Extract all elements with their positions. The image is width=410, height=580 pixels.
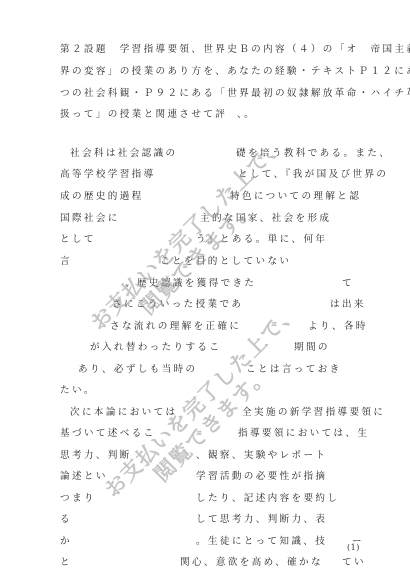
- text-line: あり、必ずしも当時のことは言っておき: [0, 363, 410, 377]
- text-segment: 全実施の新学習指導要領に: [242, 406, 385, 420]
- text-line: 扱って」の授業と関連させて評、。: [0, 108, 410, 122]
- text-line: 第２設題 学習指導要領、世界史Ｂの内容（４）の「オ 帝国主義の世: [0, 43, 410, 57]
- text-line: 、歴史認識を獲得できたて: [0, 277, 410, 291]
- text-segment: る: [60, 513, 72, 527]
- text-segment: 界の変容」の授業のあり方を、あなたの経験・テキストＰ１２にある３: [60, 65, 410, 79]
- text-segment: 第２設題 学習指導要領、世界史Ｂの内容（４）の「オ 帝国主義の世: [60, 43, 410, 57]
- text-segment: したり、記述内容を要約し: [196, 492, 339, 506]
- text-segment: つの社会科観・Ｐ９２にある「世界最初の奴隷解放革命・ハイチ革命を: [60, 87, 410, 101]
- text-segment: て: [342, 277, 354, 291]
- text-segment: が入れ替わったりするこ: [90, 341, 221, 355]
- text-segment: 成の歴史的過程: [60, 190, 144, 204]
- text-segment: して思考力、判断力、表: [196, 513, 327, 527]
- text-segment: つまり: [60, 492, 96, 506]
- text-segment: か: [60, 535, 72, 549]
- text-segment: 基づいて述べるこ: [60, 427, 156, 441]
- text-line: が入れ替わったりするこ期間の: [0, 341, 410, 355]
- text-line: さにこういった授業であは出来: [0, 298, 410, 312]
- text-line: と関心、意欲を高め、確かなてい: [0, 556, 410, 570]
- text-segment: 高等学校学習指導: [60, 168, 156, 182]
- text-segment: 。生徒にとって知識、技: [196, 535, 327, 549]
- text-segment: 次に本論においては: [70, 406, 178, 420]
- text-segment: あり、必ずしも当時の: [78, 363, 197, 377]
- text-segment: 論述とい: [60, 470, 108, 484]
- text-segment: 指導要領においては、生: [238, 427, 369, 441]
- page-number: (1): [347, 543, 360, 552]
- text-line: 社会科は社会認識の礎を培う教科である。また、: [0, 147, 410, 161]
- document-page: 第２設題 学習指導要領、世界史Ｂの内容（４）の「オ 帝国主義の世界の変容」の授業…: [0, 0, 410, 580]
- text-segment: 、。: [237, 108, 256, 122]
- text-line: つの社会科観・Ｐ９２にある「世界最初の奴隷解放革命・ハイチ革命を: [0, 87, 410, 101]
- text-segment: 思考力、判断: [60, 449, 132, 463]
- text-line: つまりしたり、記述内容を要約し: [0, 492, 410, 506]
- text-segment: 関心、意欲を高め、確かな: [180, 556, 323, 570]
- text-line: さな流れの理解を正確により、各時: [0, 320, 410, 334]
- text-segment: 社会科は社会認識の: [70, 147, 178, 161]
- text-segment: 言: [60, 255, 72, 269]
- text-segment: 国際社会に: [60, 212, 120, 226]
- text-segment: 学習活動の必要性が指摘: [196, 470, 327, 484]
- text-segment: たい。: [60, 384, 96, 398]
- text-segment: として: [60, 233, 96, 247]
- text-segment: と: [60, 556, 72, 570]
- text-line: るして思考力、判断力、表: [0, 513, 410, 527]
- text-segment: 扱って」の授業と関連させて評: [60, 108, 227, 122]
- text-segment: 、観察、実験やレポート: [196, 449, 327, 463]
- text-line: 高等学校学習指導として、『我が国及び世界の: [0, 168, 410, 182]
- text-line: 論述とい学習活動の必要性が指摘: [0, 470, 410, 484]
- text-line: 界の変容」の授業のあり方を、あなたの経験・テキストＰ１２にある３: [0, 65, 410, 79]
- text-segment: てい: [342, 556, 366, 570]
- text-segment: は出来: [330, 298, 366, 312]
- text-line: 思考力、判断、観察、実験やレポート: [0, 449, 410, 463]
